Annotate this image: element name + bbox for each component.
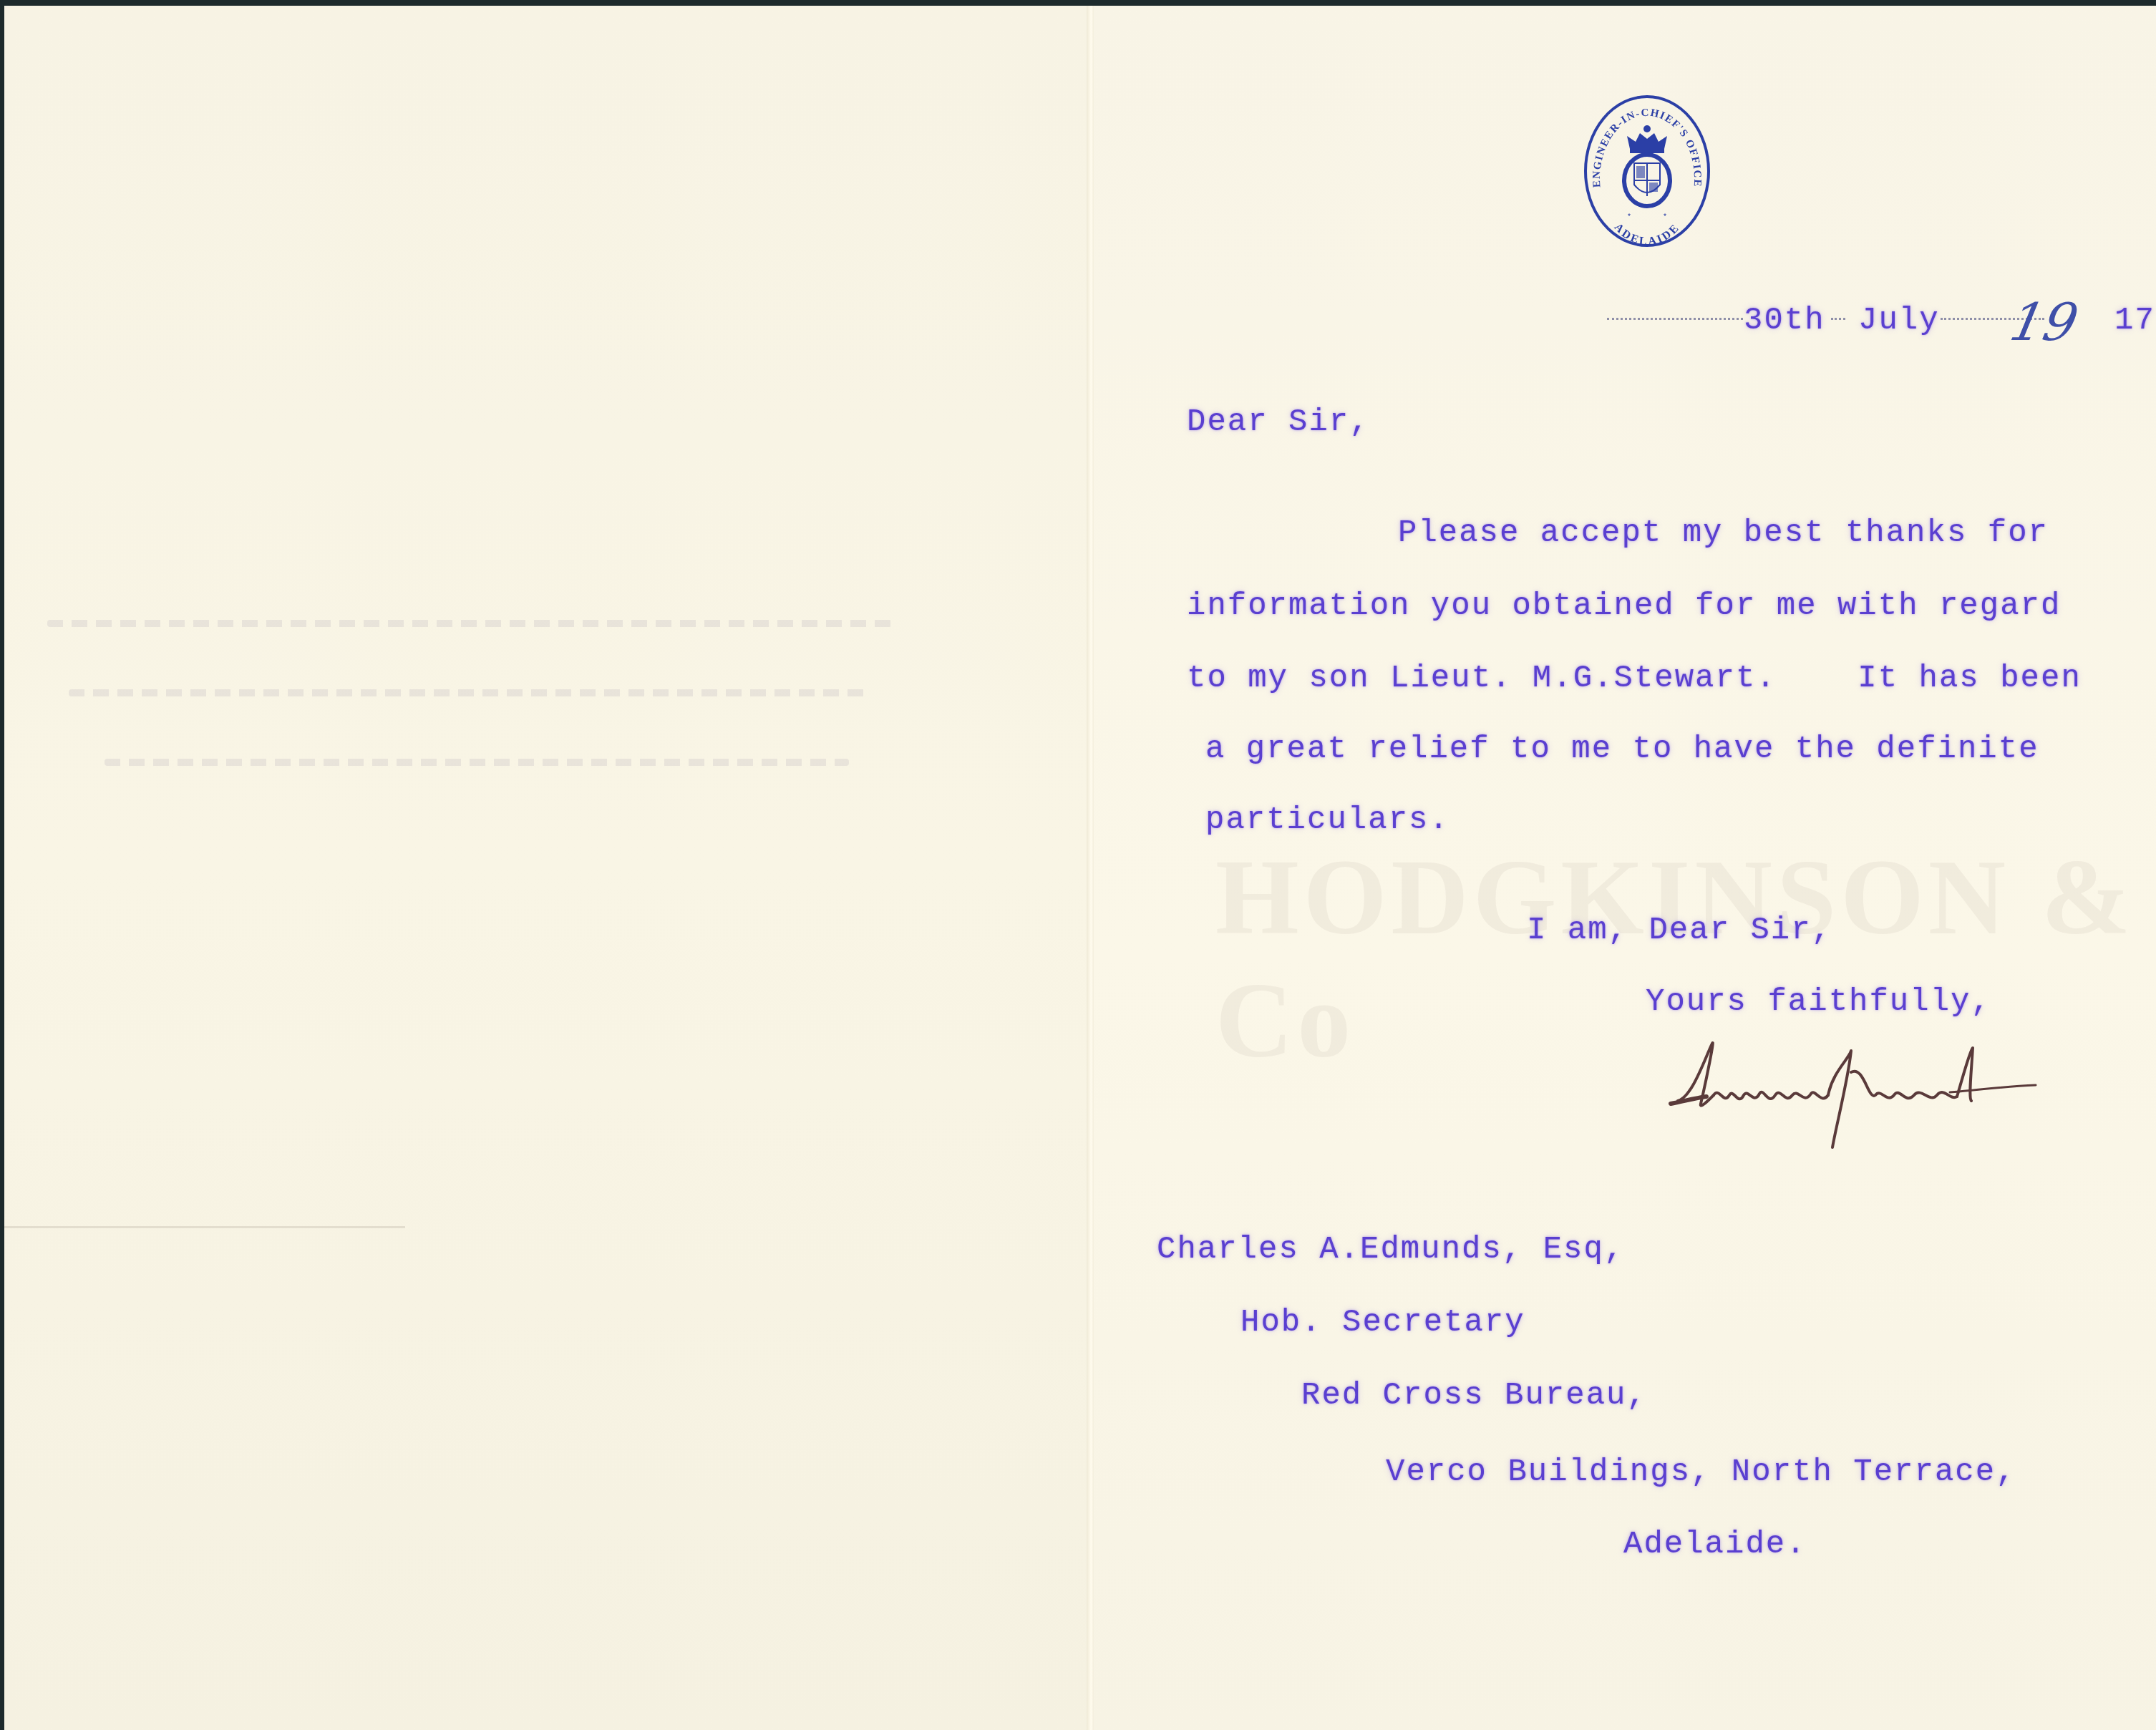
engineer-in-chief-seal-icon: ENGINEER-IN-CHIEF'S OFFICE ADELAIDE * * (1583, 93, 1711, 249)
date-day: 30th (1744, 305, 1825, 336)
date-dotted-leader (1831, 318, 1845, 320)
body-line: to my son Lieut. M.G.Stewart. It has bee… (1187, 663, 2082, 694)
bleed-through-line (105, 759, 849, 766)
salutation: Dear Sir, (1187, 407, 1370, 438)
date-month: July (1858, 305, 1940, 336)
date-year: 17 (2114, 305, 2155, 336)
svg-text:*: * (1663, 213, 1667, 222)
svg-text:ADELAIDE: ADELAIDE (1612, 221, 1683, 248)
bleed-through-line (69, 689, 870, 696)
letter-sheet: HODGKINSON & Co ENGINEER-IN-CHIEF'S OFFI… (4, 6, 2156, 1730)
body-line: a great relief to me to have the definit… (1205, 734, 2039, 765)
handwritten-signature: Graham Stewart (1664, 1029, 2122, 1151)
closing-line: Yours faithfully, (1646, 986, 1991, 1018)
recipient-address: Verco Buildings, North Terrace, (1386, 1457, 2016, 1488)
body-line: information you obtained for me with reg… (1187, 591, 2061, 622)
svg-text:*: * (1627, 213, 1631, 222)
body-line: particulars. (1205, 805, 1450, 836)
recipient-city: Adelaide. (1623, 1529, 1807, 1560)
closing-line: I am, Dear Sir, (1527, 915, 1832, 946)
crown-icon (1627, 125, 1667, 153)
recipient-name: Charles A.Edmunds, Esq, (1157, 1234, 1624, 1265)
date-dotted-leader (1607, 318, 1743, 320)
paper-crease (4, 1226, 405, 1228)
bleed-through-line (47, 620, 892, 627)
left-page-blank (4, 6, 1089, 1730)
recipient-title: Hob. Secretary (1240, 1307, 1525, 1338)
recipient-organization: Red Cross Bureau, (1301, 1380, 1647, 1411)
date-century-handwritten: 19 (2005, 292, 2083, 352)
body-line: Please accept my best thanks for (1398, 517, 2049, 549)
